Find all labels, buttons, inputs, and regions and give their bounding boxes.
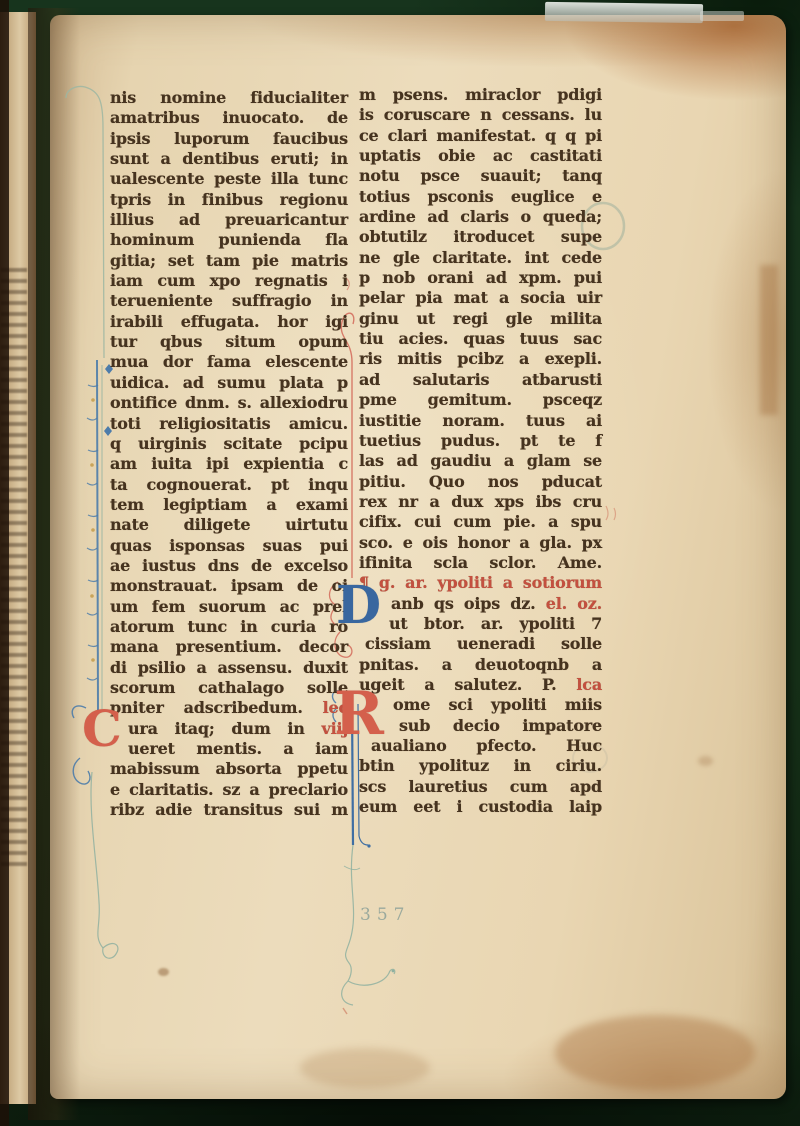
text-line: hominum punienda fla [110, 230, 348, 250]
text-line: ce clari manifestat. q q pi [359, 126, 602, 146]
line-text: toti religiositatis amicu. [110, 414, 348, 433]
line-text: pitiu. Quo nos pducat [359, 472, 602, 491]
line-text: atorum tunc in curia ro [110, 617, 348, 636]
text-line: ris mitis pcibz a exepli. [359, 349, 602, 369]
stain-bottom [555, 1015, 755, 1090]
line-text: ribz adie transitus sui m [110, 800, 348, 819]
line-text: mana presentium. decor [110, 637, 348, 656]
text-line: di psilio a assensu. duxit [110, 658, 348, 678]
text-line: tuetius pudus. pt te f [359, 431, 602, 451]
text-line: cifix. cui cum pie. a spu [359, 512, 602, 532]
text-line: quas isponsas suas pui [110, 536, 348, 556]
text-line: las ad gaudiu a glam se [359, 451, 602, 471]
line-text: anb qs oips dz. [391, 594, 546, 613]
text-line: totius psconis euglice e [359, 187, 602, 207]
line-text: um fem suorum ac prel [110, 597, 348, 616]
line-text: ugeit a salutez. P. [359, 675, 576, 694]
text-line: ontifice dnm. s. allexiodru [110, 393, 348, 413]
line-text: iam cum xpo regnatis i [110, 271, 348, 290]
text-line: mua dor fama elescente [110, 352, 348, 372]
line-text: terueniente suffragio in [110, 291, 348, 310]
illuminated-initial-c: C [82, 704, 122, 754]
text-line: tur qbus situm opum [110, 332, 348, 352]
line-text: cifix. cui cum pie. a spu [359, 512, 602, 531]
stain-spot-2 [698, 756, 713, 766]
text-line: pnitas. a deuotoqnb a [359, 655, 602, 675]
line-text: illius ad preuaricantur [110, 210, 348, 229]
text-line: ugeit a salutez. P. lca [359, 675, 602, 695]
line-text: ontifice dnm. s. allexiodru [110, 393, 348, 412]
text-line: mana presentium. decor [110, 637, 348, 657]
illuminated-initial-r: R [334, 684, 384, 744]
line-text: e claritatis. sz a preclario [110, 780, 348, 799]
line-text: q uirginis scitate pcipu [110, 434, 348, 453]
text-line: ta cognouerat. pt inqu [110, 475, 348, 495]
line-text: sco. e ois honor a gla. px [359, 533, 602, 552]
line-text: amatribus inuocato. de [110, 108, 348, 127]
text-line: tpris in finibus regionu [110, 190, 348, 210]
line-text: hominum punienda fla [110, 230, 348, 249]
line-text: gitia; set tam pie matris [110, 251, 348, 270]
text-line: q uirginis scitate pcipu [110, 434, 348, 454]
line-text: iustitie noram. tuus ai [359, 411, 602, 430]
text-line: obtutilz itroducet supe [359, 227, 602, 247]
line-text: totius psconis euglice e [359, 187, 602, 206]
text-column-right: m psens. miraclor pdigiis coruscare n ce… [359, 85, 602, 817]
text-line: uptatis obie ac castitati [359, 146, 602, 166]
line-text: ta cognouerat. pt inqu [110, 475, 348, 494]
line-text: obtutilz itroducet supe [359, 227, 602, 246]
line-text: tur qbus situm opum [110, 332, 348, 351]
line-text: pelar pia mat a socia uir [359, 288, 602, 307]
text-line: btin ypolituz in ciriu. [359, 756, 602, 776]
line-text: scorum cathalago solle [110, 678, 348, 697]
line-text: eum eet i custodia laip [359, 797, 602, 816]
text-line: cissiam ueneradi solle [365, 634, 602, 654]
text-line: pniter adscribedum. lec [110, 698, 348, 718]
gutter-shadow [28, 8, 80, 1120]
line-text: ginu ut regi gle milita [359, 309, 602, 328]
text-line: amatribus inuocato. de [110, 108, 348, 128]
text-line: p nob orani ad xpm. pui [359, 268, 602, 288]
text-line: ome sci ypoliti miis [393, 695, 602, 715]
line-text: las ad gaudiu a glam se [359, 451, 602, 470]
line-text: btin ypolituz in ciriu. [359, 756, 602, 775]
line-text: pniter adscribedum. [110, 698, 323, 717]
rubric-text: lca [576, 675, 602, 694]
line-text: ualescente peste illa tunc [110, 169, 348, 188]
line-text: sunt a dentibus eruti; in [110, 149, 348, 168]
rubric-text: el. oz. [546, 594, 602, 613]
text-line: atorum tunc in curia ro [110, 617, 348, 637]
line-text: sub decio impatore [399, 716, 602, 735]
book-spine-shadow [0, 0, 9, 1126]
text-line: scs lauretius cum apd [359, 777, 602, 797]
text-line: e claritatis. sz a preclario [110, 780, 348, 800]
line-text: scs lauretius cum apd [359, 777, 602, 796]
line-text: tiu acies. quas tuus sac [359, 329, 602, 348]
line-text: quas isponsas suas pui [110, 536, 348, 555]
text-line: sco. e ois honor a gla. px [359, 533, 602, 553]
text-line: uidica. ad sumu plata p [110, 373, 348, 393]
tape-fragment [545, 2, 703, 23]
line-text: mua dor fama elescente [110, 352, 348, 371]
stain-bottom-2 [300, 1048, 430, 1088]
text-line: ¶ g. ar. ypoliti a sotiorum [359, 573, 602, 593]
text-line: ualescente peste illa tunc [110, 169, 348, 189]
folio-number: 357 [360, 905, 410, 925]
text-line: nis nomine fiducialiter [110, 88, 348, 108]
line-text: cissiam ueneradi solle [365, 634, 602, 653]
text-line: pme gemitum. psceqz [359, 390, 602, 410]
line-text: tuetius pudus. pt te f [359, 431, 602, 450]
line-text: am iuita ipi expientia c [110, 454, 348, 473]
line-text: ae iustus dns de excelso [110, 556, 348, 575]
text-line: iam cum xpo regnatis i [110, 271, 348, 291]
text-line: tem legiptiam a exami [110, 495, 348, 515]
line-text: nis nomine fiducialiter [110, 88, 348, 107]
text-line: illius ad preuaricantur [110, 210, 348, 230]
text-line: sunt a dentibus eruti; in [110, 149, 348, 169]
text-line: am iuita ipi expientia c [110, 454, 348, 474]
line-text: pme gemitum. psceqz [359, 390, 602, 409]
text-line: pitiu. Quo nos pducat [359, 472, 602, 492]
text-line: iustitie noram. tuus ai [359, 411, 602, 431]
line-text: is coruscare n cessans. lu [359, 105, 602, 124]
text-line: ne gle claritate. int cede [359, 248, 602, 268]
line-text: ura itaq; dum in [128, 719, 322, 738]
text-line: anb qs oips dz. el. oz. [391, 594, 602, 614]
stain-spot [158, 968, 169, 976]
text-line: ura itaq; dum in viij [128, 719, 348, 739]
line-text: tem legiptiam a exami [110, 495, 348, 514]
line-text: pnitas. a deuotoqnb a [359, 655, 602, 674]
line-text: ome sci ypoliti miis [393, 695, 602, 714]
text-line: ardine ad claris o queda; [359, 207, 602, 227]
line-text: notu psce suauit; tanq [359, 166, 602, 185]
illuminated-initial-d: D [336, 580, 381, 632]
rubric-text: ¶ g. ar. ypoliti a sotiorum [359, 573, 602, 592]
text-line: pelar pia mat a socia uir [359, 288, 602, 308]
text-line: ifinita scla sclor. Ame. [359, 553, 602, 573]
text-line: monstrauat. ipsam de oi [110, 576, 348, 596]
text-line: ribz adie transitus sui m [110, 800, 348, 820]
text-line: scorum cathalago solle [110, 678, 348, 698]
line-text: nate diligete uirtutu [110, 515, 348, 534]
text-line: ipsis luporum faucibus [110, 129, 348, 149]
text-line: is coruscare n cessans. lu [359, 105, 602, 125]
text-line: nate diligete uirtutu [110, 515, 348, 535]
text-line: ad salutaris atbarusti [359, 370, 602, 390]
line-text: ad salutaris atbarusti [359, 370, 602, 389]
line-text: mabissum absorta ppetu [110, 759, 348, 778]
line-text: aualiano pfecto. Huc [371, 736, 602, 755]
line-text: ris mitis pcibz a exepli. [359, 349, 602, 368]
line-text: ifinita scla sclor. Ame. [359, 553, 602, 572]
text-line: ginu ut regi gle milita [359, 309, 602, 329]
line-text: monstrauat. ipsam de oi [110, 576, 348, 595]
text-column-left: nis nomine fiducialiteramatribus inuocat… [110, 88, 348, 820]
line-text: rex nr a dux xps ibs cru [359, 492, 602, 511]
line-text: uptatis obie ac castitati [359, 146, 602, 165]
line-text: tpris in finibus regionu [110, 190, 348, 209]
text-line: gitia; set tam pie matris [110, 251, 348, 271]
line-text: p nob orani ad xpm. pui [359, 268, 602, 287]
line-text: irabili effugata. hor igi [110, 312, 348, 331]
line-text: ueret mentis. a iam [128, 739, 348, 758]
text-line: mabissum absorta ppetu [110, 759, 348, 779]
text-line: rex nr a dux xps ibs cru [359, 492, 602, 512]
text-line: ueret mentis. a iam [128, 739, 348, 759]
text-line: notu psce suauit; tanq [359, 166, 602, 186]
line-text: ut btor. ar. ypoliti 7 [389, 614, 602, 633]
text-line: ut btor. ar. ypoliti 7 [389, 614, 602, 634]
line-text: uidica. ad sumu plata p [110, 373, 348, 392]
tape-fragment-2 [700, 11, 744, 21]
line-text: ipsis luporum faucibus [110, 129, 348, 148]
text-line: toti religiositatis amicu. [110, 414, 348, 434]
line-text: m psens. miraclor pdigi [359, 85, 602, 104]
manuscript-photo: nis nomine fiducialiteramatribus inuocat… [0, 0, 800, 1126]
text-line: tiu acies. quas tuus sac [359, 329, 602, 349]
line-text: di psilio a assensu. duxit [110, 658, 348, 677]
text-line: ae iustus dns de excelso [110, 556, 348, 576]
text-line: um fem suorum ac prel [110, 597, 348, 617]
text-line: eum eet i custodia laip [359, 797, 602, 817]
text-line: m psens. miraclor pdigi [359, 85, 602, 105]
text-line: irabili effugata. hor igi [110, 312, 348, 332]
text-line: terueniente suffragio in [110, 291, 348, 311]
text-line: sub decio impatore [399, 716, 602, 736]
text-line: aualiano pfecto. Huc [371, 736, 602, 756]
stain-right-edge [760, 265, 778, 415]
line-text: ardine ad claris o queda; [359, 207, 602, 226]
line-text: ne gle claritate. int cede [359, 248, 602, 267]
line-text: ce clari manifestat. q q pi [359, 126, 602, 145]
